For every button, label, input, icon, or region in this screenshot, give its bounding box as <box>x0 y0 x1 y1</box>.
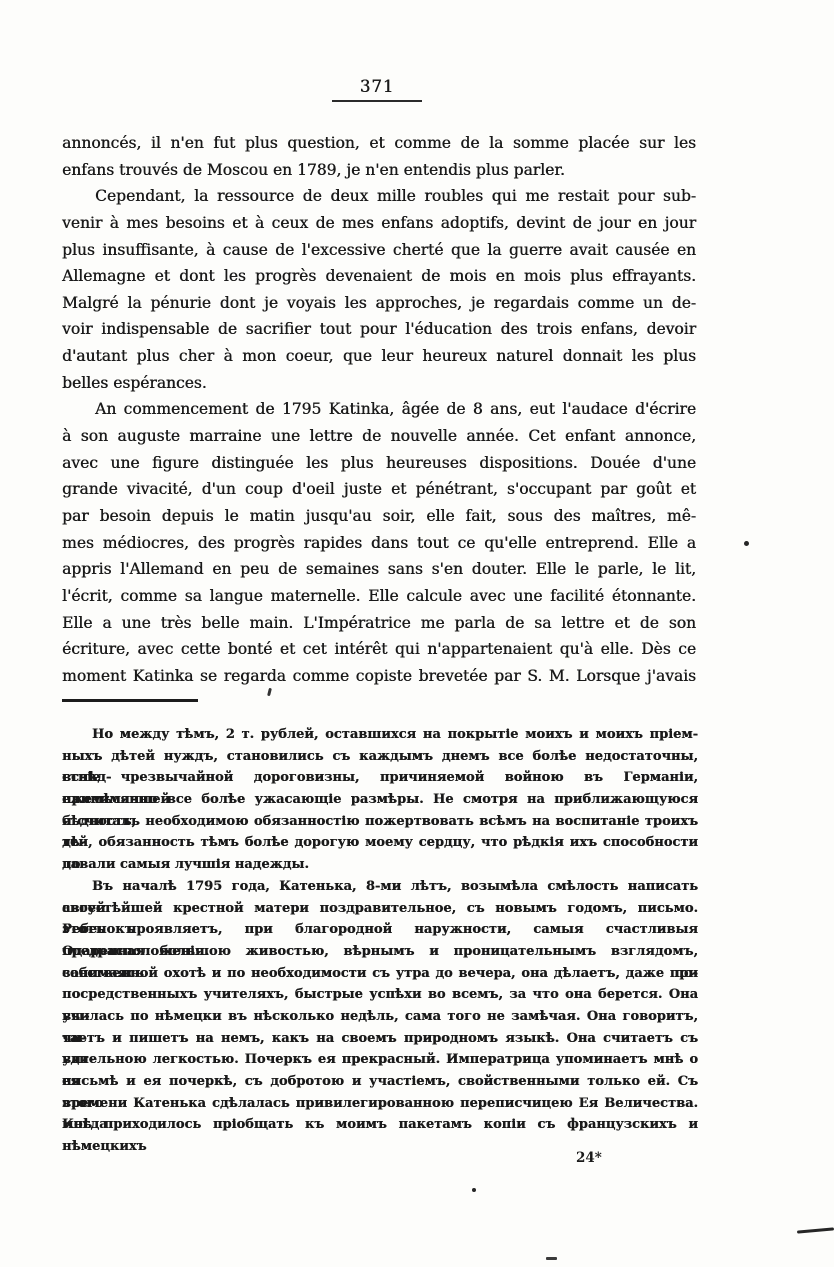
footnote-line: давали самыя лучшія надежды. <box>62 854 698 876</box>
text-line: voir indispensable de sacrifier tout pou… <box>62 316 696 343</box>
scan-artifact-tick <box>267 688 272 696</box>
text-line: enfans trouvés de Moscou en 1789, je n'e… <box>62 157 696 184</box>
footnote-line: собственной охотѣ и по необходимости съ … <box>62 963 698 985</box>
footnote-line: Но между тѣмъ, 2 т. рублей, оставшихся н… <box>62 724 698 746</box>
footnote-line: мнѣ приходилось пріобщать къ моимъ пакет… <box>62 1114 698 1136</box>
footnote-line: ежемѣсячно все болѣе ужасающіе размѣры. … <box>62 789 698 811</box>
footnote-line: времени Катенька сдѣлалась привилегирова… <box>62 1093 698 1115</box>
footnote-line: я считалъ необходимою обязанностію пожер… <box>62 811 698 833</box>
footnote-line: ныхъ дѣтей нуждъ, становились съ каждымъ… <box>62 746 698 768</box>
text-line: Allemagne et dont les progrès devenaient… <box>62 263 696 290</box>
text-line: Malgré la pénurie dont je voyais les app… <box>62 290 696 317</box>
footnote-line: письмѣ и ея почеркѣ, съ добротою и участ… <box>62 1071 698 1093</box>
text-line: l'écrit, comme sa langue maternelle. Ell… <box>62 583 696 610</box>
text-line: grande vivacité, d'un coup d'oeil juste … <box>62 476 696 503</box>
text-line: avec une figure distinguée les plus heur… <box>62 450 696 477</box>
scan-artifact-dash <box>797 1227 834 1233</box>
text-line: à son auguste marraine une lettre de nou… <box>62 423 696 450</box>
footnote-line: посредственныхъ учителяхъ, быстрые успѣх… <box>62 984 698 1006</box>
text-line: Cependant, la ressource de deux mille ro… <box>62 183 696 210</box>
text-line: Elle a une très belle main. L'Impératric… <box>62 610 696 637</box>
text-line: plus insuffisante, à cause de l'excessiv… <box>62 237 696 264</box>
footnote-line: августѣйшей крестной матери поздравитель… <box>62 898 698 920</box>
text-line: An commencement de 1795 Katinka, âgée de… <box>62 396 696 423</box>
signature-mark: 24* <box>576 1150 602 1166</box>
page-number: 371 <box>360 77 395 96</box>
page-header: 371 <box>332 77 422 102</box>
scan-artifact-dash <box>546 1257 557 1260</box>
text-line: d'autant plus cher à mon coeur, que leur… <box>62 343 696 370</box>
text-line: venir à mes besoins et à ceux de mes enf… <box>62 210 696 237</box>
footnote-line: этотъ проявляетъ, при благородной наружн… <box>62 919 698 941</box>
footnote-line: вительною легкостью. Почеркъ ея прекрасн… <box>62 1049 698 1071</box>
footnote-line: Одаренная большою живостью, вѣрнымъ и пр… <box>62 941 698 963</box>
text-line: annoncés, il n'en fut plus question, et … <box>62 130 696 157</box>
footnote-line: ствіе чрезвычайной дороговизны, причиняе… <box>62 767 698 789</box>
footnote-russian: Но между тѣмъ, 2 т. рублей, оставшихся н… <box>62 724 698 1136</box>
footnote-line: таетъ и пишетъ на немъ, какъ на своемъ п… <box>62 1028 698 1050</box>
text-line: écriture, avec cette bonté et cet intérê… <box>62 636 696 663</box>
scan-artifact-dot <box>744 541 749 546</box>
text-line: mes médiocres, des progrès rapides dans … <box>62 530 696 557</box>
book-page: 371 annoncés, il n'en fut plus question,… <box>0 0 834 1267</box>
footnote-line: тей, обязанность тѣмъ болѣе дорогую моем… <box>62 832 698 854</box>
text-line: par besoin depuis le matin jusqu'au soir… <box>62 503 696 530</box>
text-line: belles espérances. <box>62 370 696 397</box>
scan-artifact-dot <box>472 1188 476 1192</box>
text-line: appris l'Allemand en peu de semaines san… <box>62 556 696 583</box>
text-line: moment Katinka se regarda comme copiste … <box>62 663 696 690</box>
main-text-french: annoncés, il n'en fut plus question, et … <box>62 130 696 689</box>
footnote-line: Въ началѣ 1795 года, Катенька, 8-ми лѣтъ… <box>62 876 698 898</box>
footnote-line: училась по нѣмецки въ нѣсколько недѣль, … <box>62 1006 698 1028</box>
footnote-separator-rule <box>62 699 198 702</box>
